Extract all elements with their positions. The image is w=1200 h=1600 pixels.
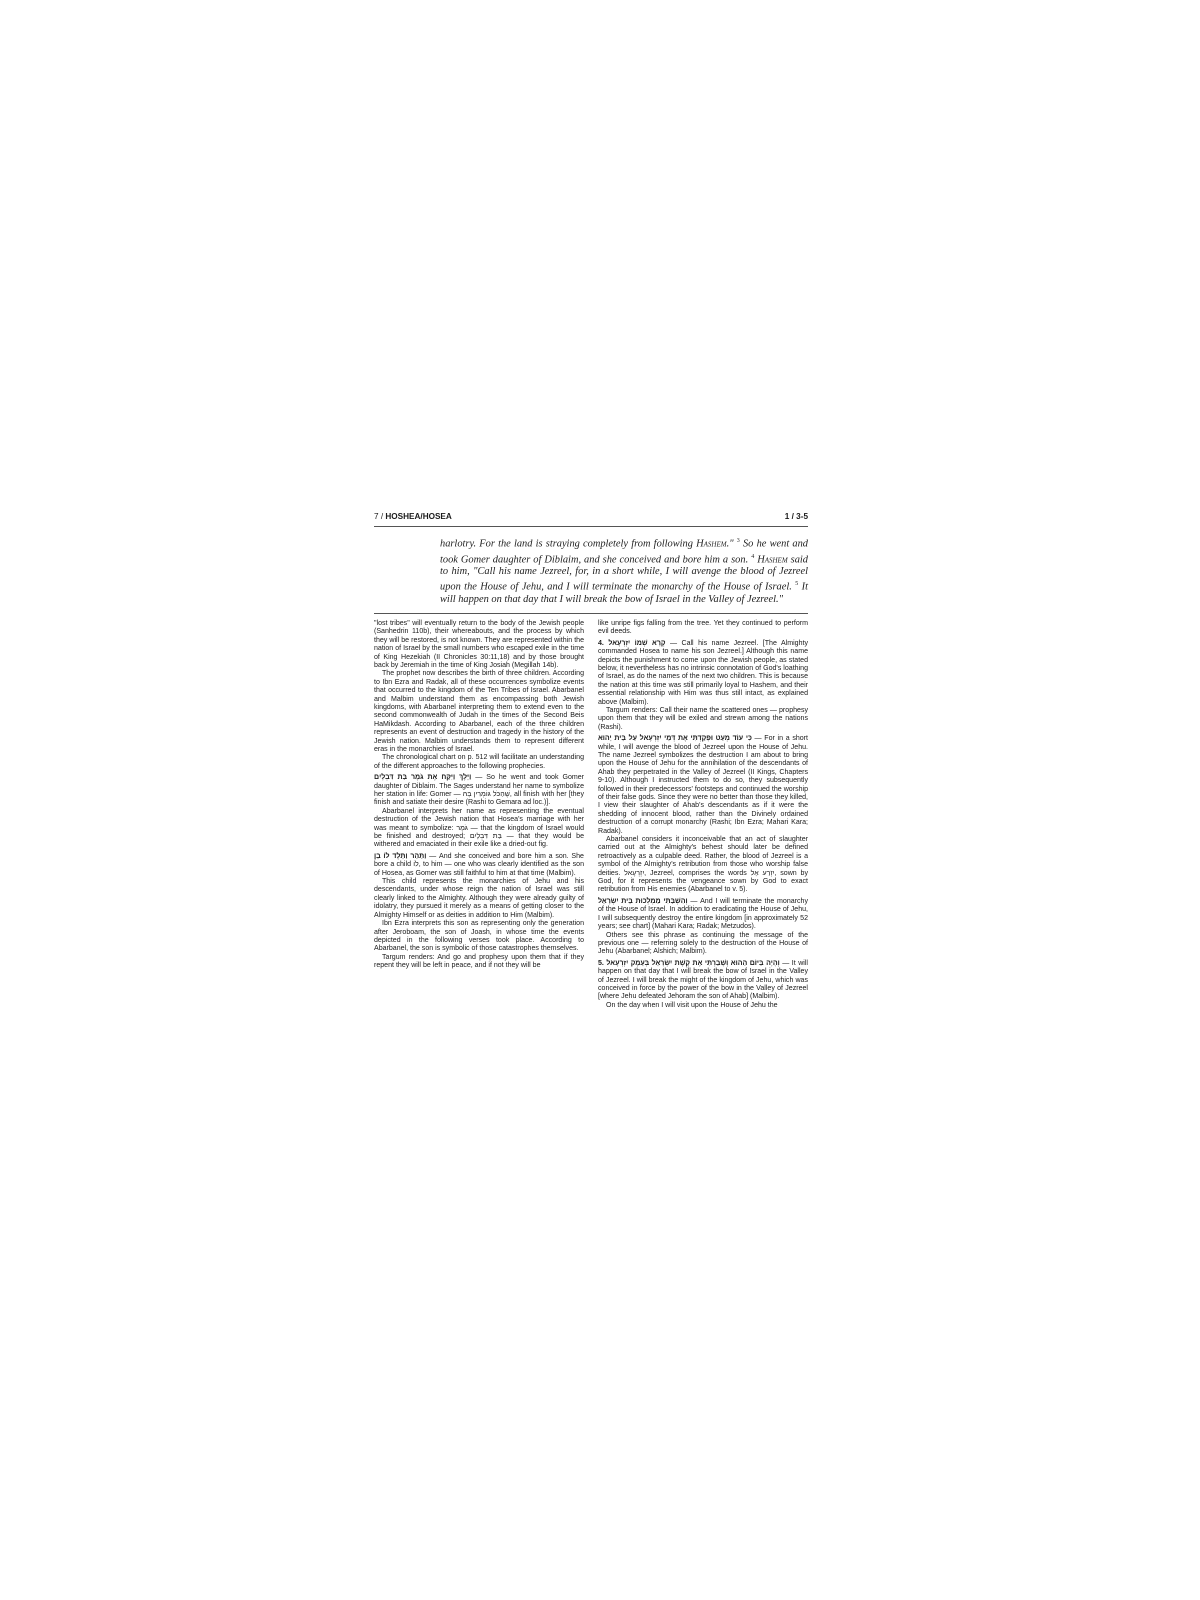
commentary-paragraph: like unripe figs falling from the tree. … xyxy=(598,620,808,637)
commentary-right-column: like unripe figs falling from the tree. … xyxy=(598,620,808,1010)
commentary-left-column: "lost tribes" will eventually return to … xyxy=(374,620,584,1010)
verse-number: 4 xyxy=(751,554,754,560)
book-title: HOSHEA/HOSEA xyxy=(385,512,451,521)
commentary: "lost tribes" will eventually return to … xyxy=(374,620,808,1010)
commentary-paragraph: 5. וְהָיָה בַּיּוֹם הַהוּא וְשָׁבַרְתִּי… xyxy=(598,960,808,1002)
header-left: 7 / HOSHEA/HOSEA xyxy=(374,512,452,521)
commentary-paragraph: On the day when I will visit upon the Ho… xyxy=(598,1002,808,1010)
commentary-paragraph: The chronological chart on p. 512 will f… xyxy=(374,754,584,771)
commentary-paragraph: כִּי עוֹד מְעַט וּפָקַדְתִּי אֶת דְּמֵי … xyxy=(598,735,808,836)
divider xyxy=(374,613,808,614)
paragraph-text: — For in a short while, I will avenge th… xyxy=(598,735,808,834)
verse-ref: 4. xyxy=(598,640,604,647)
commentary-paragraph: Abarbanel interprets her name as represe… xyxy=(374,808,584,850)
commentary-paragraph: Ibn Ezra interprets this son as represen… xyxy=(374,920,584,954)
paragraph-text: — Call his name Jezreel. [The Almighty c… xyxy=(598,640,808,706)
commentary-paragraph: Targum renders: Call their name the scat… xyxy=(598,707,808,732)
hebrew-lemma: וְהִשְׁבַּתִּי מַמְלְכוּת בֵּית יִשְׂרָא… xyxy=(598,898,688,905)
commentary-paragraph: This child represents the monarchies of … xyxy=(374,878,584,920)
page-number: 7 xyxy=(374,512,379,521)
commentary-paragraph: 4. קְרָא שְׁמוֹ יִזְרְעֶאל — Call his na… xyxy=(598,640,808,707)
commentary-paragraph: וַיֵּלֶךְ וַיִּקַּח אֶת גֹּמֶר בַּת דִּב… xyxy=(374,774,584,808)
hebrew-lemma: קְרָא שְׁמוֹ יִזְרְעֶאל xyxy=(608,640,665,647)
hebrew-lemma: וַתַּהַר וַתֵּלֶד לוֹ בֵן xyxy=(374,853,426,860)
commentary-paragraph: The prophet now describes the birth of t… xyxy=(374,670,584,754)
commentary-paragraph: "lost tribes" will eventually return to … xyxy=(374,620,584,670)
commentary-paragraph: Targum renders: And go and prophesy upon… xyxy=(374,954,584,971)
hebrew-lemma: וְהָיָה בַּיּוֹם הַהוּא וְשָׁבַרְתִּי אֶ… xyxy=(606,960,779,967)
document-page: 7 / HOSHEA/HOSEA 1 / 3-5 harlotry. For t… xyxy=(374,512,808,1010)
commentary-paragraph: Abarbanel considers it inconceivable tha… xyxy=(598,836,808,895)
verse-text: ." xyxy=(727,538,737,549)
commentary-paragraph: Others see this phrase as continuing the… xyxy=(598,932,808,957)
verse-text: harlotry. For the land is straying compl… xyxy=(440,538,696,549)
running-header: 7 / HOSHEA/HOSEA 1 / 3-5 xyxy=(374,512,808,527)
commentary-paragraph: וְהִשְׁבַּתִּי מַמְלְכוּת בֵּית יִשְׂרָא… xyxy=(598,898,808,932)
verse-translation: harlotry. For the land is straying compl… xyxy=(440,535,808,606)
chapter-verse: 1 / 3-5 xyxy=(785,512,808,521)
verse-ref: 5. xyxy=(598,960,604,967)
commentary-paragraph: וַתַּהַר וַתֵּלֶד לוֹ בֵן — And she conc… xyxy=(374,853,584,878)
hebrew-lemma: כִּי עוֹד מְעַט וּפָקַדְתִּי אֶת דְּמֵי … xyxy=(598,735,752,742)
divine-name: Hashem xyxy=(757,554,787,565)
divine-name: Hashem xyxy=(696,538,726,549)
hebrew-lemma: וַיֵּלֶךְ וַיִּקַּח אֶת גֹּמֶר בַּת דִּב… xyxy=(374,774,471,781)
